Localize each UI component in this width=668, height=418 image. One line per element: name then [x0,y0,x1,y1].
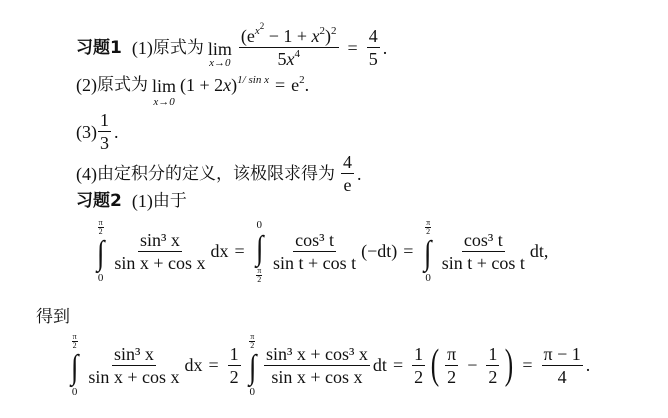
integrand-fraction: sin³ x sin x + cos x [112,230,207,273]
result-fraction: 1 3 [98,110,111,153]
part1-label: (1) [132,190,153,212]
equals-sign: = [393,354,403,376]
part4-text: 由定积分的定义，该极限求得为 [97,163,335,185]
differential: dt [373,354,387,376]
limit-operator: lim x→0 [152,75,176,108]
minus-sign: − [467,354,477,376]
part4-label: (4) [76,163,97,185]
result-fraction: 4 e [341,152,354,195]
limit-operator: lim x→0 [208,40,232,69]
exercise1-heading: 习题1 [76,37,122,59]
integral-sign: 0 ∫ π2 [255,219,264,284]
part1-text: 原式为 [153,37,204,59]
integrand-fraction: cos³ t sin t + cos t [271,230,358,273]
coefficient-fraction: 1 2 [228,344,241,387]
right-paren: ) [505,344,513,386]
part2-label: (2) [76,74,97,96]
equals-sign: = [275,74,285,96]
result-fraction: 4 5 [367,26,380,69]
equals-sign: = [234,240,244,262]
period: . [357,163,362,185]
result-fraction: π − 1 4 [542,344,583,387]
result: e2. [291,74,309,96]
integral-equation-1: π2 ∫ 0 sin³ x sin x + cos x dx = 0 ∫ π2 … [92,214,548,288]
exercise1-part3-line: (3) 1 3 . [76,110,119,153]
limit-fraction: (ex2 − 1 + x2)2 5x4 [239,26,339,69]
exercise1-part1-line: 习题1 (1) 原式为 lim x→0 (ex2 − 1 + x2)2 5x4 … [76,26,387,69]
period: . [114,121,119,143]
integrand-fraction: sin³ x sin x + cos x [86,344,181,387]
integral-equation-2: π2 ∫ 0 sin³ x sin x + cos x dx = 1 2 π2 … [66,328,590,402]
part1-label: (1) [132,37,153,59]
period: . [383,37,388,59]
integral-sign: π2 ∫ 0 [70,333,79,398]
exercise2-part1-line: 习题2 (1) 由于 [76,190,187,212]
left-paren: ( [431,344,439,386]
differential: dx [210,240,228,262]
exercise1-part4-line: (4) 由定积分的定义，该极限求得为 4 e . [76,152,362,195]
integrand-fraction: cos³ t sin t + cos t [440,230,527,273]
part3-label: (3) [76,121,97,143]
part2-text: 原式为 [97,74,148,96]
connector-text: 得到 [36,302,70,327]
integral-sign: π2 ∫ 0 [96,219,105,284]
integral-sign: π2 ∫ 0 [248,333,257,398]
differential: dx [184,354,202,376]
equals-sign: = [522,354,532,376]
differential: (−dt) [361,240,397,262]
inner-fraction: 1 2 [486,344,499,387]
equals-sign: = [208,354,218,376]
integral-sign: π2 ∫ 0 [423,219,432,284]
differential: dt, [530,240,549,262]
inner-fraction: π 2 [445,344,458,387]
exercise1-part2-line: (2) 原式为 lim x→0 (1 + 2x)1/ sin x = e2. [76,68,309,101]
equals-sign: = [403,240,413,262]
exercise2-heading: 习题2 [76,190,122,212]
equals-sign: = [348,37,358,59]
integrand-fraction: sin³ x + cos³ x sin x + cos x [264,344,370,387]
limit-expression: (1 + 2x)1/ sin x [180,74,269,96]
period: . [586,354,591,376]
part1-text: 由于 [153,190,187,212]
coefficient-fraction: 1 2 [412,344,425,387]
